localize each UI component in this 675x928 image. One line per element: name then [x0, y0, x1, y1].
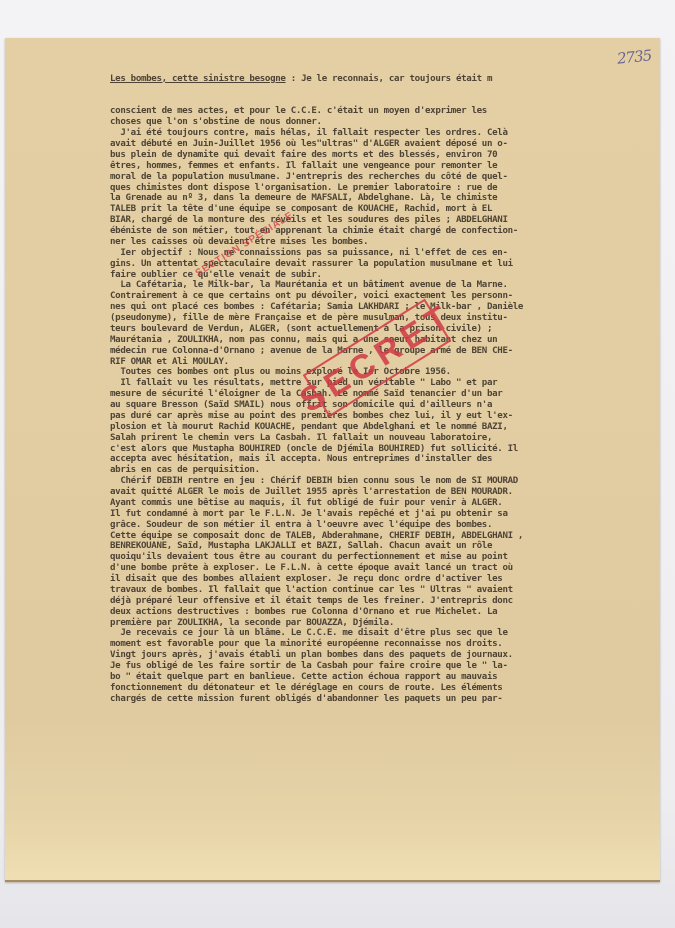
text-line: (pseudonyme), fille de mère Française et… [110, 313, 655, 324]
text-line: : Je le reconnais, car toujours était m [286, 74, 493, 84]
text-line: travaux de bombes. Il fallait que l'acti… [110, 585, 655, 596]
body-lines: conscient de mes actes, et pour le C.C.E… [110, 106, 655, 704]
text-line: êtres, hommes, femmes et enfants. Il fal… [110, 161, 655, 172]
text-line: Cette équipe se composait donc de TALEB,… [110, 531, 655, 542]
text-line: J'ai été toujours contre, mais hélas, il… [110, 128, 655, 139]
text-line: TALEB prit la tête d'une équipe se compo… [110, 204, 655, 215]
text-line: au square Bresson (Saïd SMAIL) nous offr… [110, 400, 655, 411]
text-line: ébéniste de son métier, tout en apprenan… [110, 226, 655, 237]
text-line: fonctionnement du détonateur et le dérég… [110, 683, 655, 694]
text-line: Salah prirent le chemin vers La Casbah. … [110, 433, 655, 444]
text-line: avait débuté en Juin-Juillet 1956 où les… [110, 139, 655, 150]
text-line: Ier objectif : Nous ne connaissions pas … [110, 248, 655, 259]
text-line: moral de la population musulmane. J'entr… [110, 172, 655, 183]
text-line: Chérif DEBIH rentre en jeu : Chérif DEBI… [110, 476, 655, 487]
text-line: faire oublier ce qu'elle venait de subir… [110, 270, 655, 281]
text-line: accepta avec hésitation, mais il accepta… [110, 454, 655, 465]
text-line: la Grenade au nº 3, dans la demeure de M… [110, 193, 655, 204]
text-line: Contrairement à ce que certains ont pu d… [110, 291, 655, 302]
text-line: deux actions destructives : bombes rue C… [110, 607, 655, 618]
text-line: Je recevais ce jour là un blâme. Le C.C.… [110, 628, 655, 639]
text-line: déjà préparé leur offensive et il était … [110, 596, 655, 607]
text-line: c'est alors que Mustapha BOUHIRED (oncle… [110, 444, 655, 455]
text-line: Je fus obligé de les faire sortir de la … [110, 661, 655, 672]
text-line: d'une bombe prête à exploser. Le F.L.N. … [110, 563, 655, 574]
text-line: abris en cas de perquisition. [110, 465, 655, 476]
text-line: plosion et là mourut Rachid KOUACHE, pen… [110, 422, 655, 433]
text-line: choses que l'on s'obstine de nous donner… [110, 117, 655, 128]
text-line: bo " était quelque part en banlieue. Cet… [110, 672, 655, 683]
text-line: gins. Un attentat spectaculaire devait r… [110, 259, 655, 270]
text-line: conscient de mes actes, et pour le C.C.E… [110, 106, 655, 117]
text-line: quoiqu'ils devaient tous être au courant… [110, 552, 655, 563]
text-line: nes qui ont placé ces bombes : Cafétaria… [110, 302, 655, 313]
text-line: Vingt jours après, j'avais établi un pla… [110, 650, 655, 661]
text-line: il disait que des bombes allaient explos… [110, 574, 655, 585]
text-line: pas duré car après mise au point des pre… [110, 411, 655, 422]
text-line: Ayant commis une bêtise au maquis, il fu… [110, 498, 655, 509]
text-line: BENREKOUANE, Saïd, Mustapha LAKJALLI et … [110, 541, 655, 552]
text-line: BIAR, chargé de la monture des réveils e… [110, 215, 655, 226]
typewritten-body: Les bombes, cette sinistre besogne : Je … [110, 52, 655, 726]
document-page: 2735 Les bombes, cette sinistre besogne … [5, 38, 660, 882]
text-line: chargés de cette mission furent obligés … [110, 694, 655, 705]
text-line: Il fut condamné à mort par le F.L.N. Je … [110, 509, 655, 520]
first-line: Les bombes, cette sinistre besogne : Je … [110, 74, 655, 85]
section-title: Les bombes, cette sinistre besogne [110, 74, 286, 84]
text-line: bus plein de dynamite qui devait faire d… [110, 150, 655, 161]
text-line: première par ZOULIKHA, la seconde par BO… [110, 618, 655, 629]
text-line: grâce. Soudeur de son métier il entra à … [110, 520, 655, 531]
text-line: ner les caisses où devaient être mises l… [110, 237, 655, 248]
text-line: mesure de sécurité l'éloigner de la Casb… [110, 389, 655, 400]
text-line: avait quitté ALGER le mois de Juillet 19… [110, 487, 655, 498]
text-line: ques chimistes dont dispose l'organisati… [110, 183, 655, 194]
text-line: moment est favorable pour que la minorit… [110, 639, 655, 650]
text-line: La Cafétaria, le Milk-bar, la Maurétania… [110, 280, 655, 291]
